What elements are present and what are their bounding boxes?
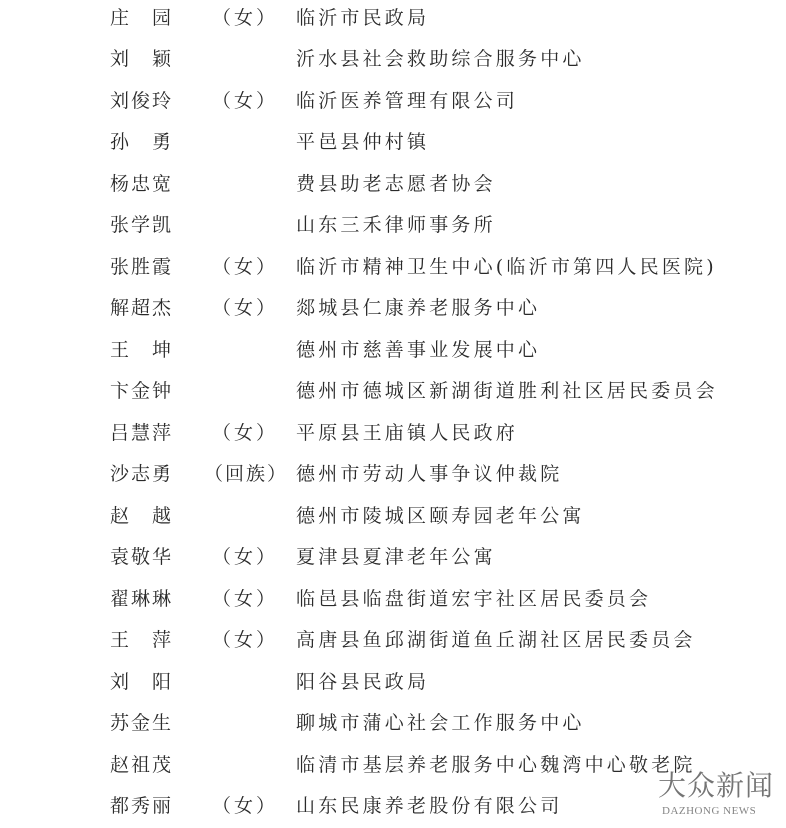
person-organization: 临邑县临盘街道宏宇社区居民委员会 <box>296 584 651 614</box>
person-name: 都秀丽 <box>110 791 180 821</box>
person-name: 吕慧萍 <box>110 418 180 448</box>
person-organization: 山东民康养老股份有限公司 <box>296 791 562 821</box>
person-name: 赵 越 <box>110 501 180 531</box>
watermark-logo-text: 大众新闻 <box>658 770 774 802</box>
person-note: （女） <box>212 625 294 655</box>
person-organization: 临沂市民政局 <box>296 3 429 33</box>
person-organization: 德州市慈善事业发展中心 <box>296 335 540 365</box>
person-organization: 山东三禾律师事务所 <box>296 210 496 240</box>
person-name: 刘 颖 <box>110 44 180 74</box>
person-organization: 德州市陵城区颐寿园老年公寓 <box>296 501 585 531</box>
person-organization: 临清市基层养老服务中心魏湾中心敬老院 <box>296 750 696 780</box>
list-item: 苏金生 聊城市蒲心社会工作服务中心 <box>0 708 786 738</box>
person-name: 王 萍 <box>110 625 180 655</box>
person-organization: 费县助老志愿者协会 <box>296 169 496 199</box>
list-item: 刘 颖 沂水县社会救助综合服务中心 <box>0 44 786 74</box>
dazhong-news-watermark: 大众新闻 DAZHONG NEWS <box>650 770 780 826</box>
person-name: 刘 阳 <box>110 667 180 697</box>
person-name: 孙 勇 <box>110 127 180 157</box>
person-note: （回族） <box>204 459 286 489</box>
person-name: 庄 园 <box>110 3 180 33</box>
list-item: 翟琳琳 （女） 临邑县临盘街道宏宇社区居民委员会 <box>0 584 786 614</box>
list-item: 沙志勇 （回族） 德州市劳动人事争议仲裁院 <box>0 459 786 489</box>
person-organization: 高唐县鱼邱湖街道鱼丘湖社区居民委员会 <box>296 625 696 655</box>
watermark-english-text: DAZHONG NEWS <box>662 804 756 818</box>
list-item: 刘 阳 阳谷县民政局 <box>0 667 786 697</box>
list-item: 解超杰 （女） 郯城县仁康养老服务中心 <box>0 293 786 323</box>
person-name: 张胜霞 <box>110 252 180 282</box>
list-item: 刘俊玲 （女） 临沂医养管理有限公司 <box>0 86 786 116</box>
list-item: 王 萍 （女） 高唐县鱼邱湖街道鱼丘湖社区居民委员会 <box>0 625 786 655</box>
person-organization: 沂水县社会救助综合服务中心 <box>296 44 585 74</box>
list-item: 张胜霞 （女） 临沂市精神卫生中心(临沂市第四人民医院) <box>0 252 786 282</box>
list-item: 张学凯 山东三禾律师事务所 <box>0 210 786 240</box>
person-name: 解超杰 <box>110 293 180 323</box>
person-note: （女） <box>212 252 294 282</box>
person-name: 刘俊玲 <box>110 86 180 116</box>
list-item: 卞金钟 德州市德城区新湖街道胜利社区居民委员会 <box>0 376 786 406</box>
person-organization: 聊城市蒲心社会工作服务中心 <box>296 708 585 738</box>
person-note: （女） <box>212 584 294 614</box>
person-note: （女） <box>212 542 294 572</box>
person-name: 袁敬华 <box>110 542 180 572</box>
person-organization: 临沂市精神卫生中心(临沂市第四人民医院) <box>296 252 717 282</box>
person-organization: 平原县王庙镇人民政府 <box>296 418 518 448</box>
list-item: 王 坤 德州市慈善事业发展中心 <box>0 335 786 365</box>
person-note: （女） <box>212 3 294 33</box>
person-organization: 德州市劳动人事争议仲裁院 <box>296 459 562 489</box>
person-name: 王 坤 <box>110 335 180 365</box>
list-item: 吕慧萍 （女） 平原县王庙镇人民政府 <box>0 418 786 448</box>
list-item: 孙 勇 平邑县仲村镇 <box>0 127 786 157</box>
person-note: （女） <box>212 791 294 821</box>
list-item: 杨忠宽 费县助老志愿者协会 <box>0 169 786 199</box>
person-name: 张学凯 <box>110 210 180 240</box>
person-name: 沙志勇 <box>110 459 180 489</box>
person-name: 卞金钟 <box>110 376 180 406</box>
person-organization: 德州市德城区新湖街道胜利社区居民委员会 <box>296 376 718 406</box>
list-item: 庄 园 （女） 临沂市民政局 <box>0 3 786 33</box>
person-note: （女） <box>212 86 294 116</box>
person-note: （女） <box>212 293 294 323</box>
person-name: 翟琳琳 <box>110 584 180 614</box>
person-organization: 阳谷县民政局 <box>296 667 429 697</box>
person-organization: 郯城县仁康养老服务中心 <box>296 293 540 323</box>
list-item: 袁敬华 （女） 夏津县夏津老年公寓 <box>0 542 786 572</box>
person-note: （女） <box>212 418 294 448</box>
person-name: 杨忠宽 <box>110 169 180 199</box>
person-organization: 临沂医养管理有限公司 <box>296 86 518 116</box>
list-item: 赵 越 德州市陵城区颐寿园老年公寓 <box>0 501 786 531</box>
person-name: 赵祖茂 <box>110 750 180 780</box>
person-organization: 夏津县夏津老年公寓 <box>296 542 496 572</box>
person-organization: 平邑县仲村镇 <box>296 127 429 157</box>
person-name: 苏金生 <box>110 708 180 738</box>
